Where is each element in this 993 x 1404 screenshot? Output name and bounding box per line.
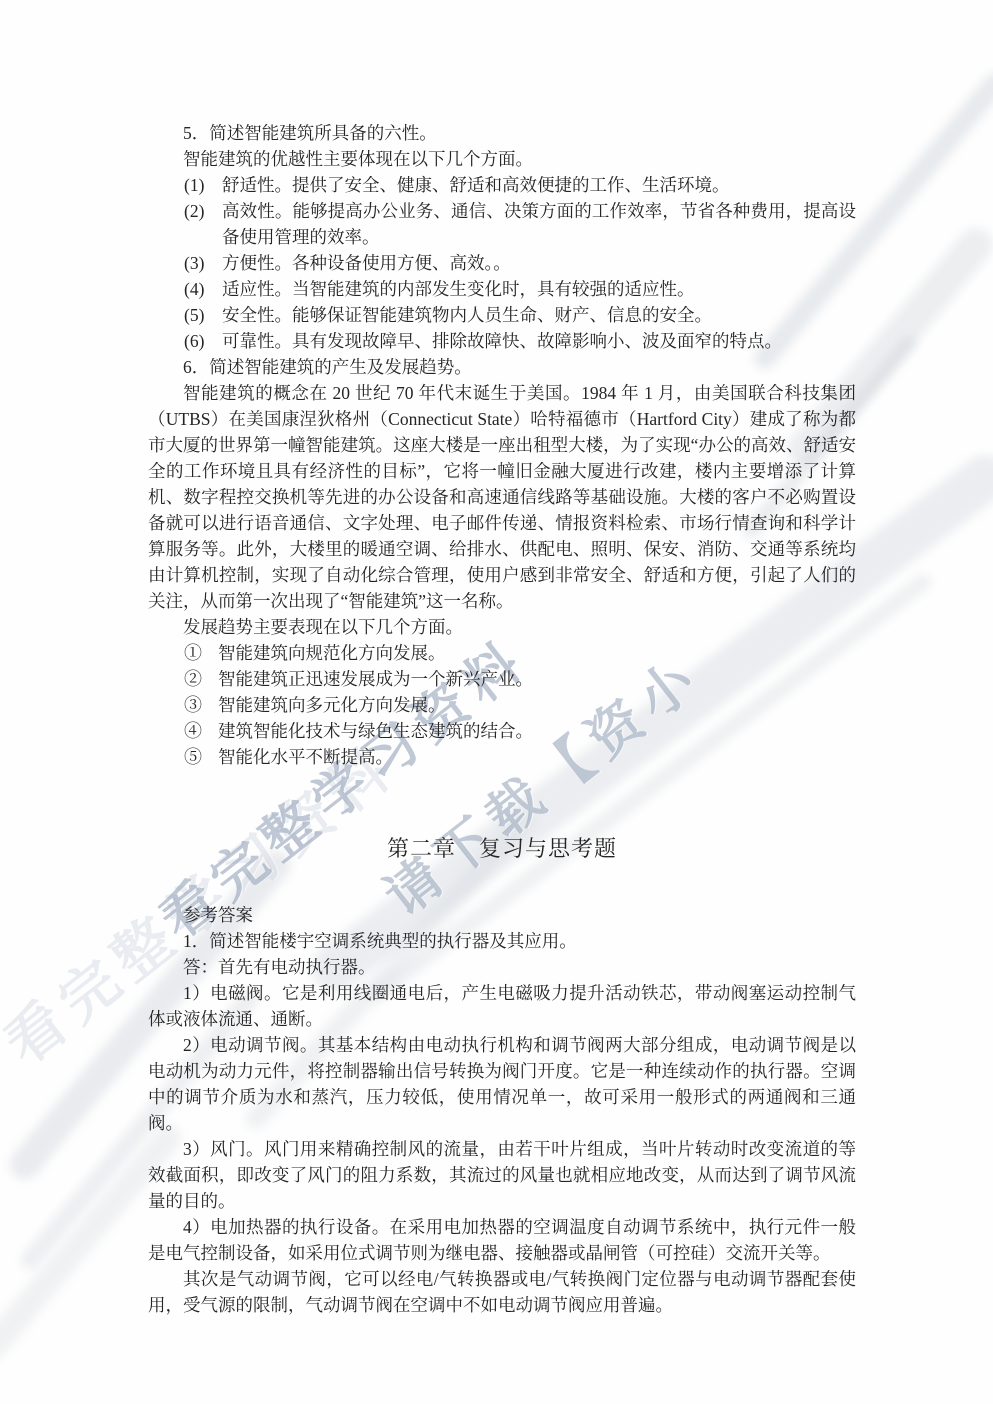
list-item-text: 智能化水平不断提高。 — [218, 747, 393, 767]
list-item: (1) 舒适性。提供了安全、健康、舒适和高效便捷的工作、生活环境。 — [148, 172, 856, 198]
circled-number: ⑤ — [184, 744, 202, 770]
answer-intro: 答：首先有电动执行器。 — [148, 954, 856, 980]
list-marker: (1) — [184, 172, 204, 198]
question-6: 6．简述智能建筑的产生及发展趋势。 — [148, 354, 856, 380]
list-marker: (6) — [184, 328, 204, 354]
paragraph-air-damper: 3）风门。风门用来精确控制风的流量，由若干叶片组成，当叶片转动时改变流道的等效截… — [148, 1136, 856, 1214]
list-item-text: 智能建筑正迅速发展成为一个新兴产业。 — [218, 669, 533, 689]
list-marker: (4) — [184, 276, 204, 302]
list-item: (4) 适应性。当智能建筑的内部发生变化时，具有较强的适应性。 — [148, 276, 856, 302]
list-item: ② 智能建筑正迅速发展成为一个新兴产业。 — [148, 666, 856, 692]
list-item: (5) 安全性。能够保证智能建筑物内人员生命、财产、信息的安全。 — [148, 302, 856, 328]
page-content: 5．简述智能建筑所具备的六性。 智能建筑的优越性主要体现在以下几个方面。 (1)… — [148, 120, 856, 1318]
answers-label: 参考答案 — [148, 902, 856, 928]
chapter-heading: 第二章 复习与思考题 — [148, 832, 856, 866]
list-item: ① 智能建筑向规范化方向发展。 — [148, 640, 856, 666]
list-item-text: 智能建筑向规范化方向发展。 — [218, 643, 446, 663]
question-5: 5．简述智能建筑所具备的六性。 — [148, 120, 856, 146]
paragraph-advantages-intro: 智能建筑的优越性主要体现在以下几个方面。 — [148, 146, 856, 172]
circled-number: ① — [184, 640, 202, 666]
list-item: (3) 方便性。各种设备使用方便、高效。。 — [148, 250, 856, 276]
paragraph-solenoid-valve: 1）电磁阀。它是利用线圈通电后，产生电磁吸力提升活动铁芯，带动阀塞运动控制气体或… — [148, 980, 856, 1032]
list-item: (2) 高效性。能够提高办公业务、通信、决策方面的工作效率，节省各种费用，提高设… — [148, 198, 856, 250]
circled-number: ③ — [184, 692, 202, 718]
paragraph-history: 智能建筑的概念在 20 世纪 70 年代末诞生于美国。1984 年 1 月，由美… — [148, 380, 856, 614]
paragraph-pneumatic-valve: 其次是气动调节阀，它可以经电/气转换器或电/气转换阀门定位器与电动调节器配套使用… — [148, 1266, 856, 1318]
trends-list: ① 智能建筑向规范化方向发展。 ② 智能建筑正迅速发展成为一个新兴产业。 ③ 智… — [148, 640, 856, 770]
paragraph-electric-heater: 4）电加热器的执行设备。在采用电加热器的空调温度自动调节系统中，执行元件一般是电… — [148, 1214, 856, 1266]
list-marker: (2) — [184, 198, 204, 224]
circled-number: ② — [184, 666, 202, 692]
list-item: ⑤ 智能化水平不断提高。 — [148, 744, 856, 770]
list-item-text: 方便性。各种设备使用方便、高效。。 — [222, 253, 511, 273]
paragraph-electric-regulating-valve: 2）电动调节阀。其基本结构由电动执行机构和调节阀两大部分组成，电动调节阀是以电动… — [148, 1032, 856, 1136]
document-page: 看完整学习资料 看完整学习资料 请下载【资小 5．简述智能建筑所具备的六性。 智… — [0, 0, 993, 1404]
list-item: ③ 智能建筑向多元化方向发展。 — [148, 692, 856, 718]
list-item-text: 可靠性。具有发现故障早、排除故障快、故障影响小、波及面窄的特点。 — [222, 331, 782, 351]
list-item-text: 适应性。当智能建筑的内部发生变化时，具有较强的适应性。 — [222, 279, 695, 299]
question-1: 1．简述智能楼宇空调系统典型的执行器及其应用。 — [148, 928, 856, 954]
list-item-text: 建筑智能化技术与绿色生态建筑的结合。 — [218, 721, 533, 741]
list-item-text: 安全性。能够保证智能建筑物内人员生命、财产、信息的安全。 — [222, 305, 712, 325]
list-item: ④ 建筑智能化技术与绿色生态建筑的结合。 — [148, 718, 856, 744]
advantages-list: (1) 舒适性。提供了安全、健康、舒适和高效便捷的工作、生活环境。 (2) 高效… — [148, 172, 856, 354]
list-marker: (3) — [184, 250, 204, 276]
list-item-text: 舒适性。提供了安全、健康、舒适和高效便捷的工作、生活环境。 — [222, 175, 730, 195]
circled-number: ④ — [184, 718, 202, 744]
paragraph-trends-intro: 发展趋势主要表现在以下几个方面。 — [148, 614, 856, 640]
list-item: (6) 可靠性。具有发现故障早、排除故障快、故障影响小、波及面窄的特点。 — [148, 328, 856, 354]
list-marker: (5) — [184, 302, 204, 328]
list-item-text: 智能建筑向多元化方向发展。 — [218, 695, 446, 715]
list-item-text: 高效性。能够提高办公业务、通信、决策方面的工作效率，节省各种费用，提高设备使用管… — [222, 201, 856, 247]
